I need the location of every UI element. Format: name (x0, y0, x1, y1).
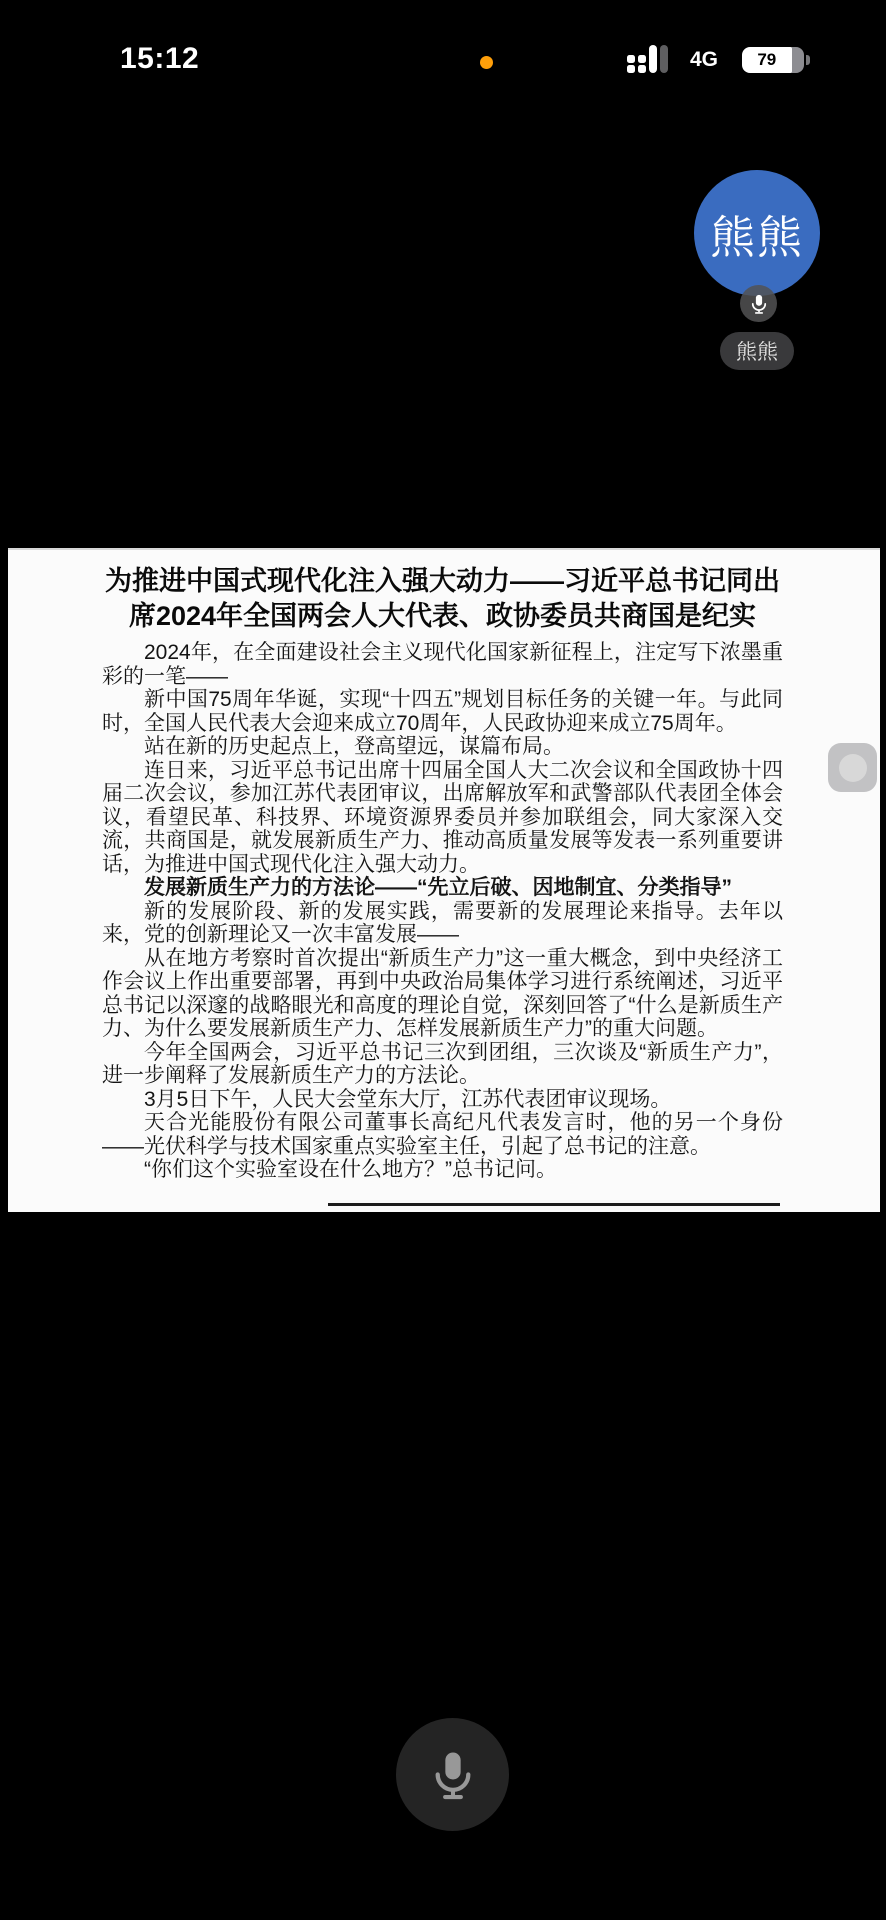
clipped-text-line (328, 1203, 780, 1206)
signal-bar (638, 55, 646, 73)
document-title: 为推进中国式现代化注入强大动力——习近平总书记同出席2024年全国两会人大代表、… (102, 564, 783, 634)
battery-fill: 79 (742, 47, 792, 73)
signal-bar (660, 45, 668, 73)
document-paragraph: 天合光能股份有限公司董事长高纪凡代表发言时，他的另一个身份——光伏科学与技术国家… (102, 1111, 783, 1158)
assistive-touch-inner-circle (839, 754, 867, 782)
microphone-icon (748, 293, 770, 315)
document-paragraph: 今年全国两会，习近平总书记三次到团组，三次谈及“新质生产力”，进一步阐释了发展新… (102, 1041, 783, 1088)
document-paragraph: 新中国75周年华诞，实现“十四五”规划目标任务的关键一年。与此同时，全国人民代表… (102, 688, 783, 735)
battery-percent: 79 (757, 50, 776, 70)
document-paragraph: “你们这个实验室设在什么地方？”总书记问。 (102, 1158, 783, 1182)
document-paragraph: 发展新质生产力的方法论——“先立后破、因地制宜、分类指导” (102, 876, 783, 900)
document-content: 为推进中国式现代化注入强大动力——习近平总书记同出席2024年全国两会人大代表、… (102, 564, 783, 1182)
document-paragraph: 从在地方考察时首次提出“新质生产力”这一重大概念，到中央经济工作会议上作出重要部… (102, 947, 783, 1041)
battery-cap (806, 55, 810, 65)
network-type-label: 4G (690, 48, 718, 72)
signal-bar (627, 55, 635, 73)
battery-icon: 79 (742, 47, 804, 73)
microphone-active-indicator (480, 56, 493, 69)
shared-document[interactable]: 为推进中国式现代化注入强大动力——习近平总书记同出席2024年全国两会人大代表、… (8, 548, 880, 1212)
participant-name-badge: 熊熊 (720, 332, 794, 370)
mute-toggle-button[interactable] (396, 1718, 509, 1831)
avatar-initials: 熊熊 (710, 201, 804, 266)
status-bar: 15:12 4G 79 (0, 0, 886, 100)
participant-name: 熊熊 (736, 336, 778, 366)
document-paragraph: 2024年，在全面建设社会主义现代化国家新征程上，注定写下浓墨重彩的一笔—— (102, 641, 783, 688)
assistive-touch-button[interactable] (828, 743, 877, 792)
document-paragraph: 新的发展阶段、新的发展实践，需要新的发展理论来指导。去年以来，党的创新理论又一次… (102, 900, 783, 947)
remote-avatar[interactable]: 熊熊 (694, 170, 820, 296)
document-paragraph: 站在新的历史起点上，登高望远，谋篇布局。 (102, 735, 783, 759)
signal-bar (649, 45, 657, 73)
document-body: 2024年，在全面建设社会主义现代化国家新征程上，注定写下浓墨重彩的一笔——新中… (102, 641, 783, 1182)
document-paragraph: 3月5日下午，人民大会堂东大厅，江苏代表团审议现场。 (102, 1088, 783, 1112)
document-paragraph: 连日来，习近平总书记出席十四届全国人大二次会议和全国政协十四届二次会议，参加江苏… (102, 759, 783, 877)
microphone-icon (426, 1748, 480, 1802)
clock: 15:12 (120, 42, 199, 76)
cellular-signal-icon (627, 45, 673, 73)
participant-mic-icon (740, 285, 777, 322)
